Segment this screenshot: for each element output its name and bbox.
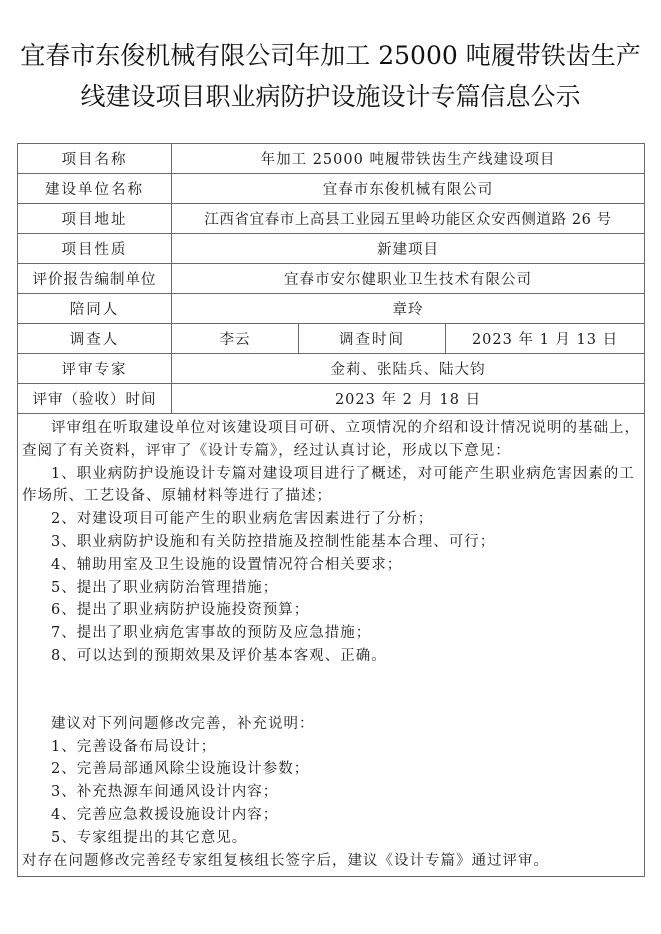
row-label: 评审专家 — [18, 354, 172, 384]
finding-item: 2、对建设项目可能产生的职业病危害因素进行了分析； — [22, 508, 640, 531]
spacer — [22, 668, 640, 713]
conclusion: 对存在问题修改完善经专家组复核组长签字后，建议《设计专篇》通过评审。 — [22, 850, 640, 873]
page-title: 宜春市东俊机械有限公司年加工 25000 吨履带铁齿生产 线建设项目职业病防护设… — [0, 35, 661, 117]
row-label: 项目性质 — [18, 234, 172, 264]
table-row: 评审（验收）时间 2023 年 2 月 18 日 — [18, 384, 645, 414]
finding-item: 3、职业病防护设施和有关防控措施及控制性能基本合理、可行； — [22, 531, 640, 554]
suggestions-intro: 建议对下列问题修改完善，补充说明： — [22, 713, 640, 736]
title-line-1: 宜春市东俊机械有限公司年加工 25000 吨履带铁齿生产 — [0, 35, 661, 76]
row-label: 项目名称 — [18, 144, 172, 174]
review-time-value: 2023 年 2 月 18 日 — [172, 384, 645, 414]
experts-value: 金莉、张陆兵、陆大钧 — [172, 354, 645, 384]
builder-name-value: 宜春市东俊机械有限公司 — [172, 174, 645, 204]
project-name-value: 年加工 25000 吨履带铁齿生产线建设项目 — [172, 144, 645, 174]
finding-item: 4、辅助用室及卫生设施的设置情况符合相关要求； — [22, 554, 640, 577]
report-unit-value: 宜春市安尔健职业卫生技术有限公司 — [172, 264, 645, 294]
info-table: 项目名称 年加工 25000 吨履带铁齿生产线建设项目 建设单位名称 宜春市东俊… — [17, 143, 645, 877]
companion-value: 章玲 — [172, 294, 645, 324]
row-label: 陪同人 — [18, 294, 172, 324]
table-row: 项目性质 新建项目 — [18, 234, 645, 264]
finding-item: 8、可以达到的预期效果及评价基本客观、正确。 — [22, 645, 640, 668]
finding-item: 7、提出了职业病危害事故的预防及应急措施； — [22, 622, 640, 645]
suggestion-item: 4、完善应急救援设施设计内容； — [22, 804, 640, 827]
table-row: 调查人 李云 调查时间 2023 年 1 月 13 日 — [18, 324, 645, 354]
row-label: 调查人 — [18, 324, 172, 354]
table-row: 项目名称 年加工 25000 吨履带铁齿生产线建设项目 — [18, 144, 645, 174]
row-label: 项目地址 — [18, 204, 172, 234]
table-row: 建设单位名称 宜春市东俊机械有限公司 — [18, 174, 645, 204]
row-label: 建设单位名称 — [18, 174, 172, 204]
project-nature-value: 新建项目 — [172, 234, 645, 264]
title-line-2: 线建设项目职业病防护设施设计专篇信息公示 — [0, 76, 661, 117]
table-row: 陪同人 章玲 — [18, 294, 645, 324]
survey-time-value: 2023 年 1 月 13 日 — [446, 324, 645, 354]
project-address-value: 江西省宜春市上高县工业园五里岭功能区众安西侧道路 26 号 — [172, 204, 645, 234]
finding-item: 6、提出了职业病防护设施投资预算； — [22, 599, 640, 622]
suggestion-item: 3、补充热源车间通风设计内容； — [22, 781, 640, 804]
suggestion-item: 2、完善局部通风除尘设施设计参数； — [22, 758, 640, 781]
opinion-intro: 评审组在听取建设单位对该建设项目可研、立项情况的介绍和设计情况说明的基础上，查阅… — [22, 417, 640, 463]
table-row: 项目地址 江西省宜春市上高县工业园五里岭功能区众安西侧道路 26 号 — [18, 204, 645, 234]
review-opinion: 评审组在听取建设单位对该建设项目可研、立项情况的介绍和设计情况说明的基础上，查阅… — [18, 414, 645, 877]
finding-item: 1、职业病防护设施设计专篇对建设项目进行了概述，对可能产生职业病危害因素的工作场… — [22, 463, 640, 509]
surveyor-value: 李云 — [172, 324, 299, 354]
opinion-row: 评审组在听取建设单位对该建设项目可研、立项情况的介绍和设计情况说明的基础上，查阅… — [18, 414, 645, 877]
suggestion-item: 5、专家组提出的其它意见。 — [22, 827, 640, 850]
row-label: 评价报告编制单位 — [18, 264, 172, 294]
finding-item: 5、提出了职业病防治管理措施； — [22, 577, 640, 600]
suggestion-item: 1、完善设备布局设计； — [22, 736, 640, 759]
row-label: 评审（验收）时间 — [18, 384, 172, 414]
table-row: 评价报告编制单位 宜春市安尔健职业卫生技术有限公司 — [18, 264, 645, 294]
table-row: 评审专家 金莉、张陆兵、陆大钧 — [18, 354, 645, 384]
survey-time-label: 调查时间 — [299, 324, 446, 354]
